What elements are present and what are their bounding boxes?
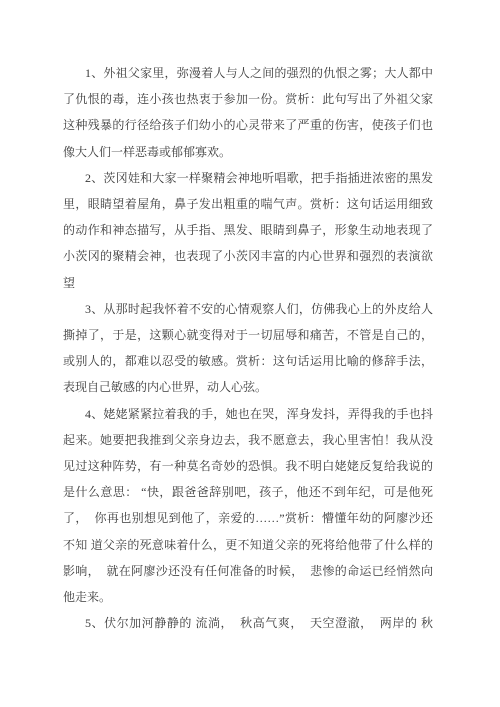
text-line: 或别人的，都难以忍受的敏感。赏析：这句话运用比喻的修辞手法， (63, 348, 433, 374)
text-line: 2、茨冈娃和大家一样聚精会神地听唱歌，把手指插进浓密的黑发 (63, 165, 433, 191)
text-line: 撕掉了，于是，这颗心就变得对于一切屈辱和痛苦，不管是自己的， (63, 322, 433, 348)
text-line: 像大人们一样恶毒或郁郁寡欢。 (63, 139, 433, 165)
text-line: 了， 你再也别想见到他了，亲爱的……”赏析：懵懂年幼的阿廖沙还 (63, 505, 433, 531)
text-line: 是什么意思： “快，跟爸爸辞别吧，孩子，他还不到年纪，可是他死 (63, 479, 433, 505)
text-line: 1、外祖父家里，弥漫着人与人之间的强烈的仇恨之雾；大人都中 (63, 60, 433, 86)
text-line: 这种残暴的行径给孩子们幼小的心灵带来了严重的伤害，使孩子们也 (63, 112, 433, 138)
document-page: 1、外祖父家里，弥漫着人与人之间的强烈的仇恨之雾；大人都中了仇恨的毒，连小孩也热… (0, 0, 500, 707)
text-line: 小茨冈的聚精会神，也表现了小茨冈丰富的内心世界和强烈的表演欲 (63, 243, 433, 269)
text-line: 的动作和神态描写，从手指、黑发、眼睛到鼻子，形象生动地表现了 (63, 217, 433, 243)
text-line: 不知 道父亲的死意味着什么，更不知道父亲的死将给他带了什么样的 (63, 532, 433, 558)
text-line: 他走来。 (63, 584, 433, 610)
document-body: 1、外祖父家里，弥漫着人与人之间的强烈的仇恨之雾；大人都中了仇恨的毒，连小孩也热… (63, 60, 433, 636)
text-line: 4、姥姥紧紧拉着我的手，她也在哭，浑身发抖，弄得我的手也抖 (63, 401, 433, 427)
text-line: 3、从那时起我怀着不安的心情观察人们，仿佛我心上的外皮给人 (63, 296, 433, 322)
text-line: 望 (63, 270, 433, 296)
text-line: 了仇恨的毒，连小孩也热衷于参加一份。赏析：此句写出了外祖父家 (63, 86, 433, 112)
text-line: 见过这种阵势，有一种莫名奇妙的恐惧。我不明白姥姥反复给我说的 (63, 453, 433, 479)
text-line: 5、伏尔加河静静的 流淌， 秋高气爽， 天空澄澈， 两岸的 秋 (63, 610, 433, 636)
text-line: 表现自己敏感的内心世界，动人心弦。 (63, 374, 433, 400)
text-line: 起来。她要把我推到父亲身边去，我不愿意去，我心里害怕！我从没 (63, 427, 433, 453)
text-line: 里，眼睛望着屋角，鼻子发出粗重的喘气声。赏析：这句话运用细致 (63, 191, 433, 217)
text-line: 影响， 就在阿廖沙还没有任何准备的时候， 悲惨的命运已经悄然向 (63, 558, 433, 584)
